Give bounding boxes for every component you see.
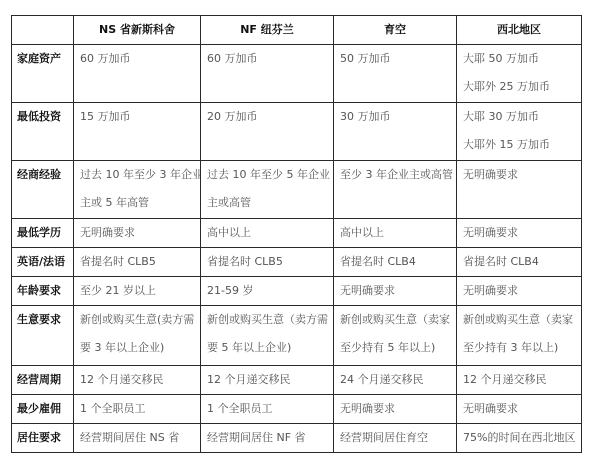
table-row: 最少雇佣 1 个全职员工 1 个全职员工 无明确要求 无明确要求 — [12, 395, 582, 424]
table-row: 家庭资产 60 万加币 60 万加币 50 万加币 大耶 50 万加币大耶外 2… — [12, 45, 582, 103]
table-cell: 无明确要求 — [74, 219, 201, 248]
table-cell: 21-59 岁 — [201, 277, 334, 306]
table-cell: 无明确要求 — [457, 395, 582, 424]
table-cell: 无明确要求 — [334, 277, 457, 306]
table-cell: 无明确要求 — [334, 395, 457, 424]
comparison-table: NS 省新斯科舍 NF 纽芬兰 育空 西北地区 家庭资产 60 万加币 60 万… — [11, 15, 582, 453]
table-cell: 经营期间居住 NS 省 — [74, 424, 201, 453]
table-cell: 1 个全职员工 — [201, 395, 334, 424]
table-row: 年龄要求 至少 21 岁以上 21-59 岁 无明确要求 无明确要求 — [12, 277, 582, 306]
table-cell: 省提名时 CLB4 — [457, 248, 582, 277]
table-cell: 24 个月递交移民 — [334, 366, 457, 395]
table-cell: 新创或购买生意（卖家至少持有 3 年以上) — [457, 306, 582, 366]
row-label: 最少雇佣 — [12, 395, 74, 424]
row-label: 年龄要求 — [12, 277, 74, 306]
table-cell: 75%的时间在西北地区 — [457, 424, 582, 453]
table-cell: 至少 3 年企业主或高管 — [334, 161, 457, 219]
table-row: 英语/法语 省提名时 CLB5 省提名时 CLB5 省提名时 CLB4 省提名时… — [12, 248, 582, 277]
table-cell: 省提名时 CLB5 — [201, 248, 334, 277]
table-cell: 无明确要求 — [457, 161, 582, 219]
table-cell: 60 万加币 — [201, 45, 334, 103]
table-cell: 高中以上 — [334, 219, 457, 248]
table-cell: 经营期间居住 NF 省 — [201, 424, 334, 453]
table-cell: 省提名时 CLB5 — [74, 248, 201, 277]
table-cell: 无明确要求 — [457, 219, 582, 248]
table-cell: 12 个月递交移民 — [74, 366, 201, 395]
table-cell: 省提名时 CLB4 — [334, 248, 457, 277]
table-cell: 20 万加币 — [201, 103, 334, 161]
row-label: 经商经验 — [12, 161, 74, 219]
header-northwest-territories: 西北地区 — [457, 16, 582, 45]
table-cell: 过去 10 年至少 3 年企业主或 5 年高管 — [74, 161, 201, 219]
table-row: 最低投资 15 万加币 20 万加币 30 万加币 大耶 30 万加币大耶外 1… — [12, 103, 582, 161]
table-cell: 50 万加币 — [334, 45, 457, 103]
table-cell: 经营期间居住育空 — [334, 424, 457, 453]
row-label: 最低学历 — [12, 219, 74, 248]
header-corner — [12, 16, 74, 45]
row-label: 最低投资 — [12, 103, 74, 161]
table-cell: 新创或购买生意（卖家至少持有 5 年以上) — [334, 306, 457, 366]
header-nova-scotia: NS 省新斯科舍 — [74, 16, 201, 45]
row-label: 家庭资产 — [12, 45, 74, 103]
row-label: 居住要求 — [12, 424, 74, 453]
table-cell: 12 个月递交移民 — [457, 366, 582, 395]
table-cell: 15 万加币 — [74, 103, 201, 161]
table-cell: 12 个月递交移民 — [201, 366, 334, 395]
table-cell: 过去 10 年至少 5 年企业主或高管 — [201, 161, 334, 219]
table-cell: 30 万加币 — [334, 103, 457, 161]
table-row: 最低学历 无明确要求 高中以上 高中以上 无明确要求 — [12, 219, 582, 248]
row-label: 英语/法语 — [12, 248, 74, 277]
header-newfoundland: NF 纽芬兰 — [201, 16, 334, 45]
header-row: NS 省新斯科舍 NF 纽芬兰 育空 西北地区 — [12, 16, 582, 45]
table-cell: 无明确要求 — [457, 277, 582, 306]
table-cell: 新创或购买生意(卖方需要 3 年以上企业) — [74, 306, 201, 366]
header-yukon: 育空 — [334, 16, 457, 45]
table-cell: 60 万加币 — [74, 45, 201, 103]
row-label: 经营周期 — [12, 366, 74, 395]
table-cell: 大耶 30 万加币大耶外 15 万加币 — [457, 103, 582, 161]
table-cell: 至少 21 岁以上 — [74, 277, 201, 306]
table-cell: 1 个全职员工 — [74, 395, 201, 424]
table-row: 经商经验 过去 10 年至少 3 年企业主或 5 年高管 过去 10 年至少 5… — [12, 161, 582, 219]
row-label: 生意要求 — [12, 306, 74, 366]
table-row: 生意要求 新创或购买生意(卖方需要 3 年以上企业) 新创或购买生意（卖方需要 … — [12, 306, 582, 366]
table-cell: 大耶 50 万加币大耶外 25 万加币 — [457, 45, 582, 103]
table-row: 经营周期 12 个月递交移民 12 个月递交移民 24 个月递交移民 12 个月… — [12, 366, 582, 395]
table-cell: 新创或购买生意（卖方需要 5 年以上企业) — [201, 306, 334, 366]
table-row: 居住要求 经营期间居住 NS 省 经营期间居住 NF 省 经营期间居住育空 75… — [12, 424, 582, 453]
table-cell: 高中以上 — [201, 219, 334, 248]
